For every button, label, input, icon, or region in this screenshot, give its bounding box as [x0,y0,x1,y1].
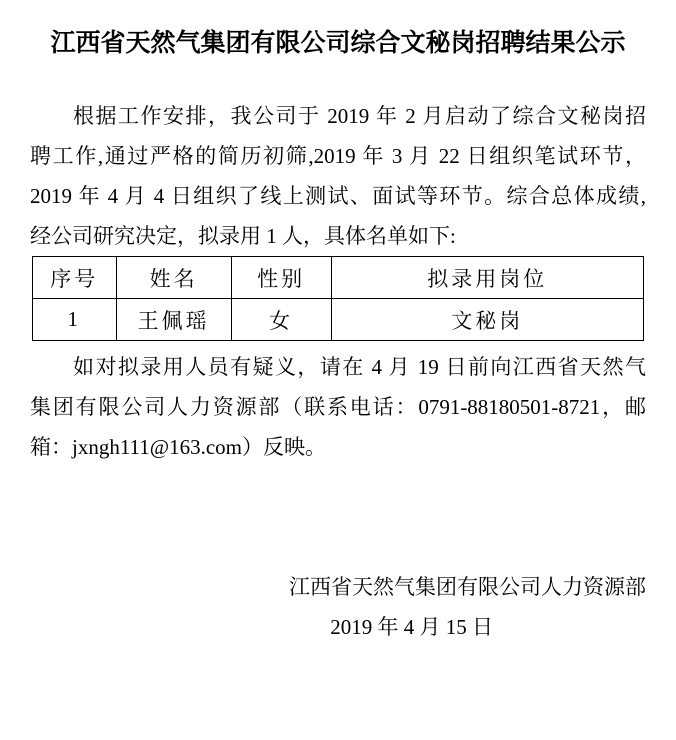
table-header-cell: 拟录用岗位 [331,257,643,299]
paragraph-line: 集团有限公司人力资源部（联系电话：0791-88180501-8721，邮 [30,387,646,427]
paragraph-line: 聘工作,通过严格的简历初筛,2019 年 3 月 22 日组织笔试环节， [30,136,646,176]
signature-block: 江西省天然气集团有限公司人力资源部 2019 年 4 月 15 日 [30,567,646,647]
paragraph-intro: 根据工作安排，我公司于 2019 年 2 月启动了综合文秘岗招 聘工作,通过严格… [30,96,646,256]
table-cell-gender: 女 [231,299,331,341]
table-row: 1 王佩瑶 女 文秘岗 [33,299,644,341]
paragraph-line: 2019 年 4 月 4 日组织了线上测试、面试等环节。综合总体成绩, [30,176,646,216]
paragraph-line: 经公司研究决定，拟录用 1 人，具体名单如下: [30,216,646,256]
signature-date: 2019 年 4 月 15 日 [30,607,646,647]
paragraph-line: 根据工作安排，我公司于 2019 年 2 月启动了综合文秘岗招 [30,96,646,136]
table-cell-name: 王佩瑶 [116,299,231,341]
table-cell-position: 文秘岗 [331,299,643,341]
table-header-cell: 序号 [33,257,117,299]
document-page: 江西省天然气集团有限公司综合文秘岗招聘结果公示 根据工作安排，我公司于 2019… [0,0,676,740]
candidates-table: 序号 姓名 性别 拟录用岗位 1 王佩瑶 女 文秘岗 [32,256,644,341]
paragraph-line: 箱：jxngh111@163.com）反映。 [30,427,646,467]
paragraph-contact: 如对拟录用人员有疑义，请在 4 月 19 日前向江西省天然气 集团有限公司人力资… [30,347,646,467]
signature-company: 江西省天然气集团有限公司人力资源部 [30,567,646,607]
table-header-row: 序号 姓名 性别 拟录用岗位 [33,257,644,299]
table-header-cell: 性别 [231,257,331,299]
paragraph-line: 如对拟录用人员有疑义，请在 4 月 19 日前向江西省天然气 [30,347,646,387]
table-header-cell: 姓名 [116,257,231,299]
document-body: 根据工作安排，我公司于 2019 年 2 月启动了综合文秘岗招 聘工作,通过严格… [30,96,646,647]
table-cell-serial: 1 [33,299,117,341]
document-title: 江西省天然气集团有限公司综合文秘岗招聘结果公示 [0,0,676,60]
